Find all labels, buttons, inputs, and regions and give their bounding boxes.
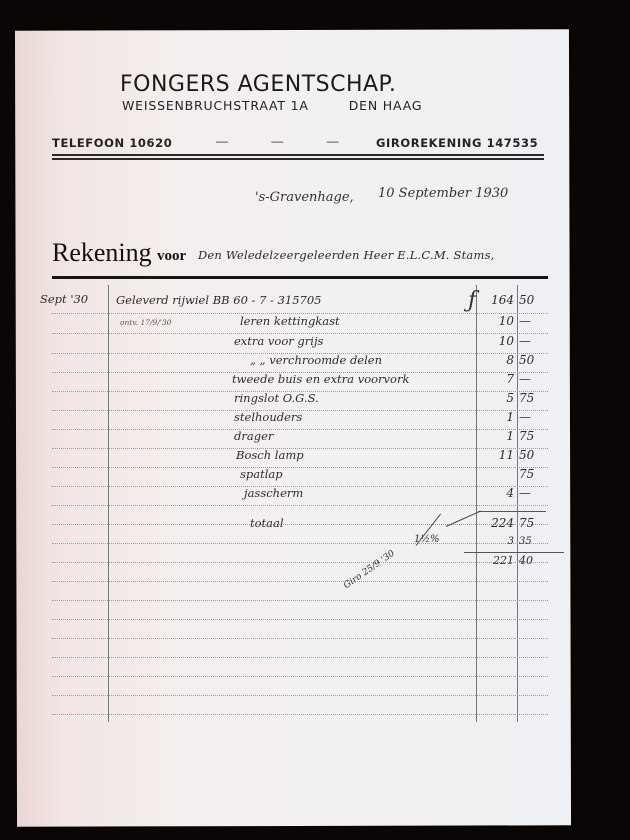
item-description: Bosch lamp [236,448,304,462]
voor-label: voor [157,248,186,265]
total-guilders: 224 [478,516,514,530]
company-name: FONGERS AGENTSCHAP. [120,72,396,97]
net-underline [464,552,564,553]
phone-number: TELEFOON 10620 [52,136,172,150]
item-cents: 75 [519,391,545,405]
item-cents: 50 [519,353,545,367]
item-guilders: 11 [478,448,514,462]
city: DEN HAAG [349,98,423,113]
row-rule [52,600,548,601]
item-guilders: 5 [478,391,514,405]
item-description: Geleverd rijwiel BB 60 - 7 - 315705 [116,293,322,307]
company-address: WEISSENBRUCHSTRAAT 1ADEN HAAG [122,98,422,113]
row-rule [52,543,548,544]
item-cents: — [519,314,545,328]
item-cents: 75 [519,429,545,443]
item-guilders: 10 [478,314,514,328]
item-description: ringslot O.G.S. [234,391,319,405]
item-cents: — [519,334,545,348]
item-guilders: 4 [478,486,514,500]
row-rule [52,657,548,658]
item-description: tweede buis en extra voorvork [232,372,409,386]
header-rule-bottom [52,158,544,160]
net-cents: 40 [519,554,545,567]
total-label: totaal [250,516,284,530]
item-cents: — [519,486,545,500]
giro-account: GIROREKENING 147535 [376,136,538,150]
item-description: extra voor grijs [234,334,323,348]
guilder-symbol: ƒ [468,288,476,313]
item-description: „ „ verchroomde delen [250,353,382,367]
item-cents: — [519,372,545,386]
row-rule [52,562,548,563]
row-rule [52,505,548,506]
item-description: jasscherm [244,486,303,500]
item-guilders: 164 [478,293,514,307]
item-guilders: 1 [478,429,514,443]
item-guilders: 10 [478,334,514,348]
title-rule [52,276,548,279]
row-rule [52,524,548,525]
item-guilders: 7 [478,372,514,386]
row-rule [52,467,548,468]
item-cents: 75 [519,467,545,481]
street: WEISSENBRUCHSTRAAT 1A [122,98,309,113]
header-rule-top [52,154,544,156]
total-cents: 75 [519,516,545,530]
item-description: drager [234,429,273,443]
item-cents: — [519,410,545,424]
invoice-date: 10 September 1930 [378,186,508,201]
addressee: Den Weledelzeergeleerden Heer E.L.C.M. S… [198,248,495,262]
item-cents: 50 [519,293,545,307]
item-description: leren kettingkast [240,314,340,328]
total-overline [478,511,546,512]
date-cell: Sept '30 [40,292,88,306]
separator-dashes: — — — [216,134,339,148]
row-rule [52,429,548,430]
item-cents: 50 [519,448,545,462]
item-guilders: 8 [478,353,514,367]
item-description: stelhouders [234,410,302,424]
item-description: spatlap [240,467,283,481]
discount-cents: 35 [519,536,545,547]
row-rule [52,676,548,677]
net-guilders: 221 [478,554,514,567]
place: 's-Gravenhage, [255,190,354,205]
discount-note: 1½% [414,534,440,545]
order-note: ontv. 17/9/'30 [120,318,171,327]
row-rule [52,695,548,696]
row-rule [52,714,548,715]
discount-guilders: 3 [478,536,514,547]
rekening-heading: Rekening [52,238,152,268]
item-guilders: 1 [478,410,514,424]
row-rule [52,581,548,582]
row-rule [52,638,548,639]
row-rule [52,619,548,620]
